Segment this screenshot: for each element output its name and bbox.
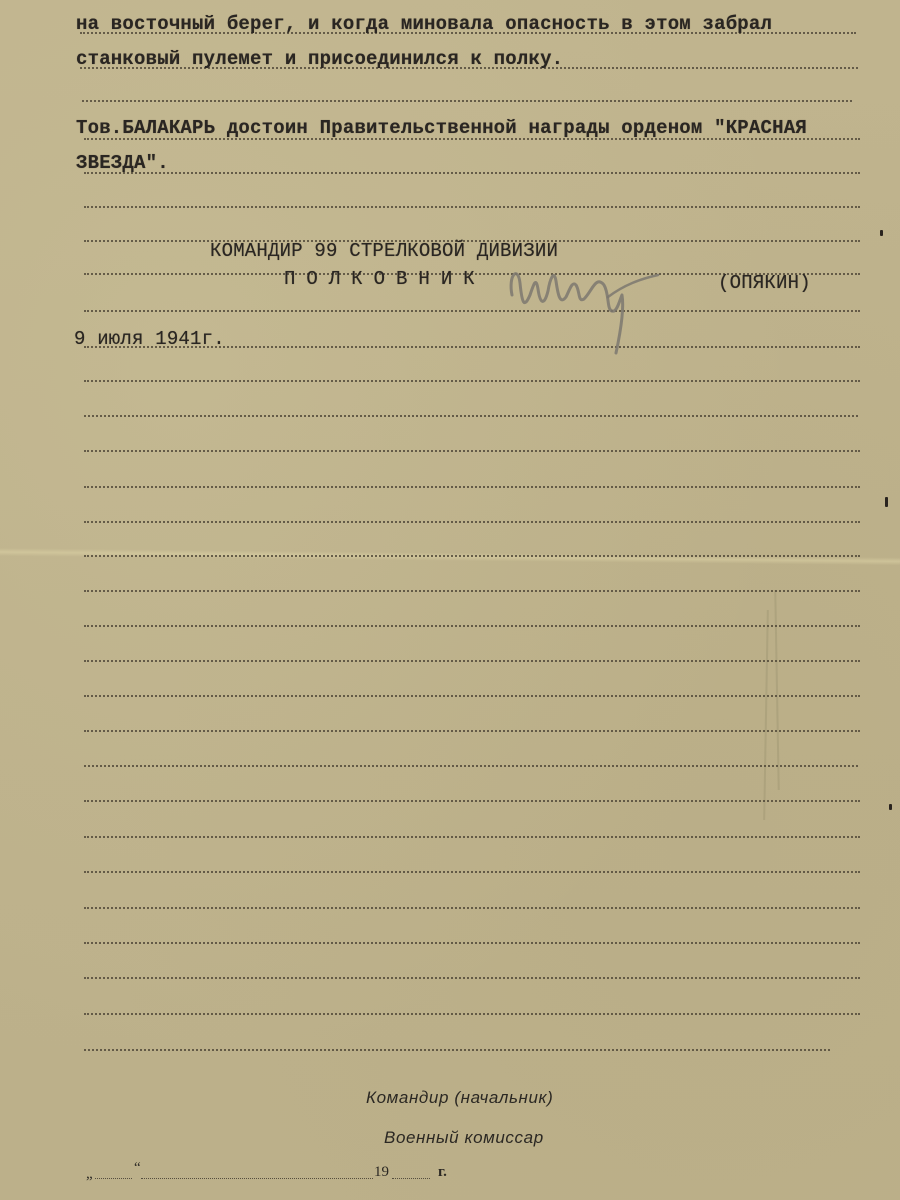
ruling-line [82,100,852,102]
ruling-line [84,695,860,697]
ruling-line [84,206,860,208]
signatory-name: (ОПЯКИН) [718,272,811,294]
ruling-line [84,486,860,488]
date-close-quote: “ [134,1160,141,1177]
ruling-line [84,555,860,557]
document-page: на восточный берег, и когда миновала опа… [0,0,900,1200]
ink-speck [885,497,888,507]
ruling-line [84,521,860,523]
body-line-3: Тов.БАЛАКАРЬ достоин Правительственной н… [76,117,807,139]
year-field[interactable] [392,1178,430,1179]
ruling-line [84,380,860,382]
ruling-line [84,942,860,944]
commissar-label: Военный комиссар [384,1128,544,1148]
ruling-line [84,977,860,979]
ink-speck [880,230,883,236]
ruling-line [84,310,860,312]
month-field[interactable] [141,1178,373,1179]
paper-crease [774,590,779,790]
ruling-line [84,450,860,452]
commander-label: Командир (начальник) [366,1088,553,1108]
ruling-line [84,836,860,838]
ruling-line [84,800,860,802]
handwritten-signature-icon [500,255,680,365]
body-line-1: на восточный берег, и когда миновала опа… [76,13,772,35]
body-line-4: ЗВЕЗДА". [76,152,169,174]
ink-speck [889,804,892,810]
ruling-line [84,907,860,909]
paper-crease [763,610,769,820]
ruling-line [84,1049,830,1051]
ruling-line [84,660,860,662]
ruling-line [84,871,860,873]
document-date: 9 июля 1941г. [74,328,225,350]
ruling-line [84,172,860,174]
ruling-line [84,1013,860,1015]
ruling-line [84,415,858,417]
date-year-suffix: г. [438,1164,447,1181]
date-open-quote: „ [86,1166,93,1183]
signatory-rank: ПОЛКОВНИК [284,268,486,290]
ruling-line [84,625,860,627]
ruling-line [84,730,860,732]
ruling-line [84,590,860,592]
date-century: 19 [374,1164,389,1181]
day-field[interactable] [95,1178,132,1179]
body-line-2: станковый пулемет и присоединился к полк… [76,48,563,70]
ruling-line [84,765,858,767]
